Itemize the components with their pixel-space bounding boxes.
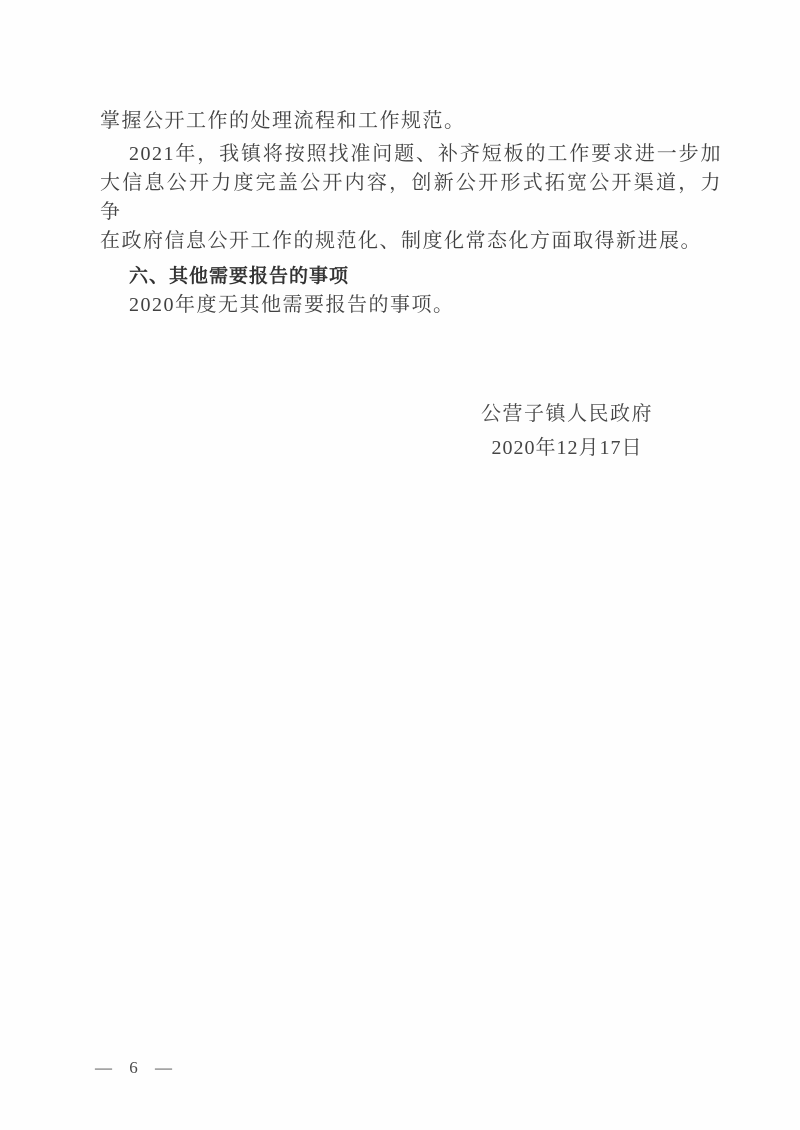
signature-date: 2020年12月17日: [481, 434, 653, 463]
signature-block: 公营子镇人民政府 2020年12月17日: [481, 400, 653, 463]
page-number: — 6 —: [95, 1058, 174, 1078]
signature-organization: 公营子镇人民政府: [481, 400, 653, 429]
paragraph-continuation-line: 掌握公开工作的处理流程和工作规范。: [100, 107, 722, 136]
section-heading: 六、其他需要报告的事项: [100, 262, 722, 291]
paragraph-line: 2020年度无其他需要报告的事项。: [100, 291, 722, 320]
paragraph-line: 大信息公开力度完盖公开内容，创新公开形式拓宽公开渠道，力争: [100, 169, 722, 227]
paragraph-line: 在政府信息公开工作的规范化、制度化常态化方面取得新进展。: [100, 227, 722, 256]
document-page: 掌握公开工作的处理流程和工作规范。 2021年，我镇将按照找准问题、补齐短板的工…: [0, 0, 800, 1130]
document-body: 掌握公开工作的处理流程和工作规范。 2021年，我镇将按照找准问题、补齐短板的工…: [100, 107, 722, 320]
paragraph-line: 2021年，我镇将按照找准问题、补齐短板的工作要求进一步加: [100, 140, 722, 169]
